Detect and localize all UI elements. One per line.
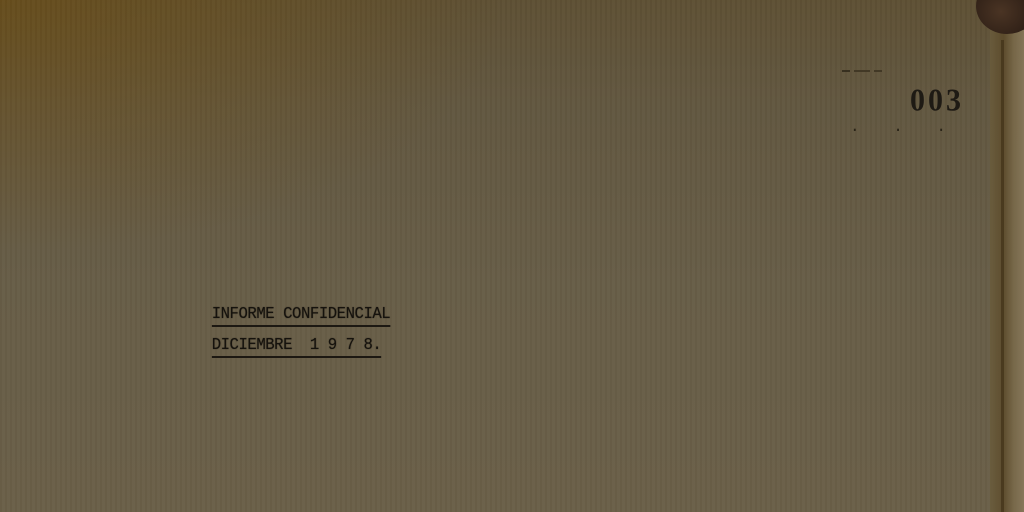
- pencil-dash-mark: [838, 70, 884, 72]
- document-date-text: DICIEMBRE 1 9 7 8.: [212, 336, 382, 358]
- finger-thumb: [976, 0, 1024, 34]
- page-edge-line: [1001, 40, 1004, 512]
- scanned-document-page: . . . 003 INFORME CONFIDENCIAL DICIEMBRE…: [0, 0, 1024, 512]
- date-year: 1 9 7 8.: [310, 336, 381, 355]
- date-month: DICIEMBRE: [212, 336, 292, 355]
- margin-dots: . . .: [850, 118, 958, 136]
- page-number: 003: [910, 83, 964, 119]
- page-edge-shadow: [990, 30, 1024, 512]
- document-date: DICIEMBRE 1 9 7 8.: [176, 317, 381, 377]
